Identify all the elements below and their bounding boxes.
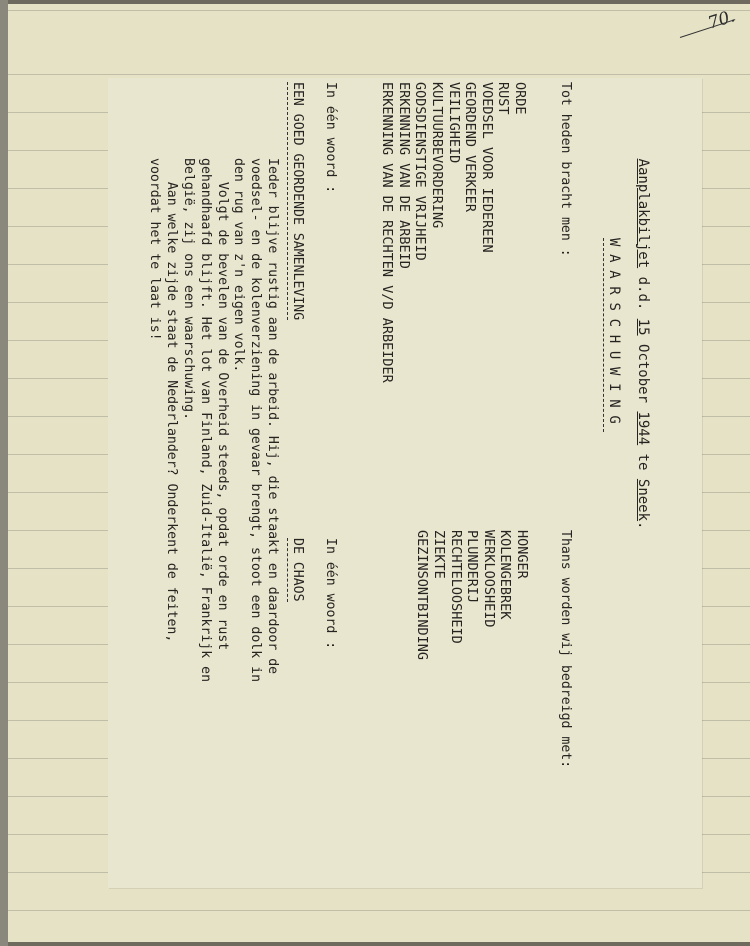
list-item: KOLENGEBREK [497,530,514,660]
title-day: 15 [636,319,652,336]
paragraph-line: Volgt de bevelen van de Overheid steeds,… [213,158,230,682]
list-item: VOEDSEL VOOR IEDEREEN [478,82,495,383]
list-item: ERKENNING VAN DE RECHTEN V/D ARBEIDER [379,82,396,383]
title-word-aanplakbiljet: Aanplakbiljet [636,159,652,269]
paragraph-line: Ieder blijve rustig aan de arbeid. Hij, … [263,158,280,682]
list-item: WERKLOOSHEID [480,530,497,660]
left-summary: EEN GOED GEORDENDE SAMENLEVING [288,82,306,320]
typed-poster-sheet: Aanplakbiljet d.d. 15 October 1944 te Sn… [108,78,702,888]
right-summary-label: In één woord : [322,538,339,649]
list-item: HONGER [513,530,530,660]
document-title: Aanplakbiljet d.d. 15 October 1944 te Sn… [619,108,669,529]
heading-waarschuwing: WAARSCHUWING [604,238,623,432]
title-place: Sneek [636,479,652,521]
left-list: ORDE RUST VOEDSEL VOOR IEDEREEN GEORDEND… [379,82,528,383]
list-item: GODSDIENSTIGE VRIJHEID [412,82,429,383]
paragraph-line: den rug van z'n eigen volk. [230,158,247,682]
right-intro: Thans worden wij bedreigd met: [557,530,574,768]
list-item: PLUNDERIJ [464,530,481,660]
right-summary: DE CHAOS [288,538,306,602]
page-edge [0,0,8,946]
left-summary-label: In één woord : [322,82,339,193]
paragraph-line: voedsel- en de kolenverziening in gevaar… [246,158,263,682]
paragraph-line: België, zij ons een waarschuwing. [179,158,196,682]
list-item: GEORDEND VERKEER [462,82,479,383]
paragraph-line: voordat het te laat is! [146,158,163,682]
list-item: KULTUURBEVORDERING [428,82,445,383]
paragraph-line: gehandhaafd blijft. Het lot van Finland,… [196,158,213,682]
list-item: GEZINSONTBINDING [414,530,431,660]
title-period: . [636,521,652,529]
list-item: ERKENNING VAN DE ARBEID [395,82,412,383]
left-intro: Tot heden bracht men : [557,82,574,257]
list-item: RUST [495,82,512,383]
list-item: ZIEKTE [430,530,447,660]
paragraph-line: Aan welke zijde staat de Nederlander? On… [162,158,179,682]
title-text: d.d. [636,268,652,319]
warning-paragraph: Ieder blijve rustig aan de arbeid. Hij, … [146,158,280,682]
list-item: VEILIGHEID [445,82,462,383]
right-list: HONGER KOLENGEBREK WERKLOOSHEID PLUNDERI… [414,530,530,660]
title-month: October [636,336,652,412]
list-item: ORDE [511,82,528,383]
title-te: te [636,445,652,479]
list-item: RECHTELOOSHEID [447,530,464,660]
rotated-content: Aanplakbiljet d.d. 15 October 1944 te Sn… [108,78,702,888]
title-year: 1944 [636,411,652,445]
